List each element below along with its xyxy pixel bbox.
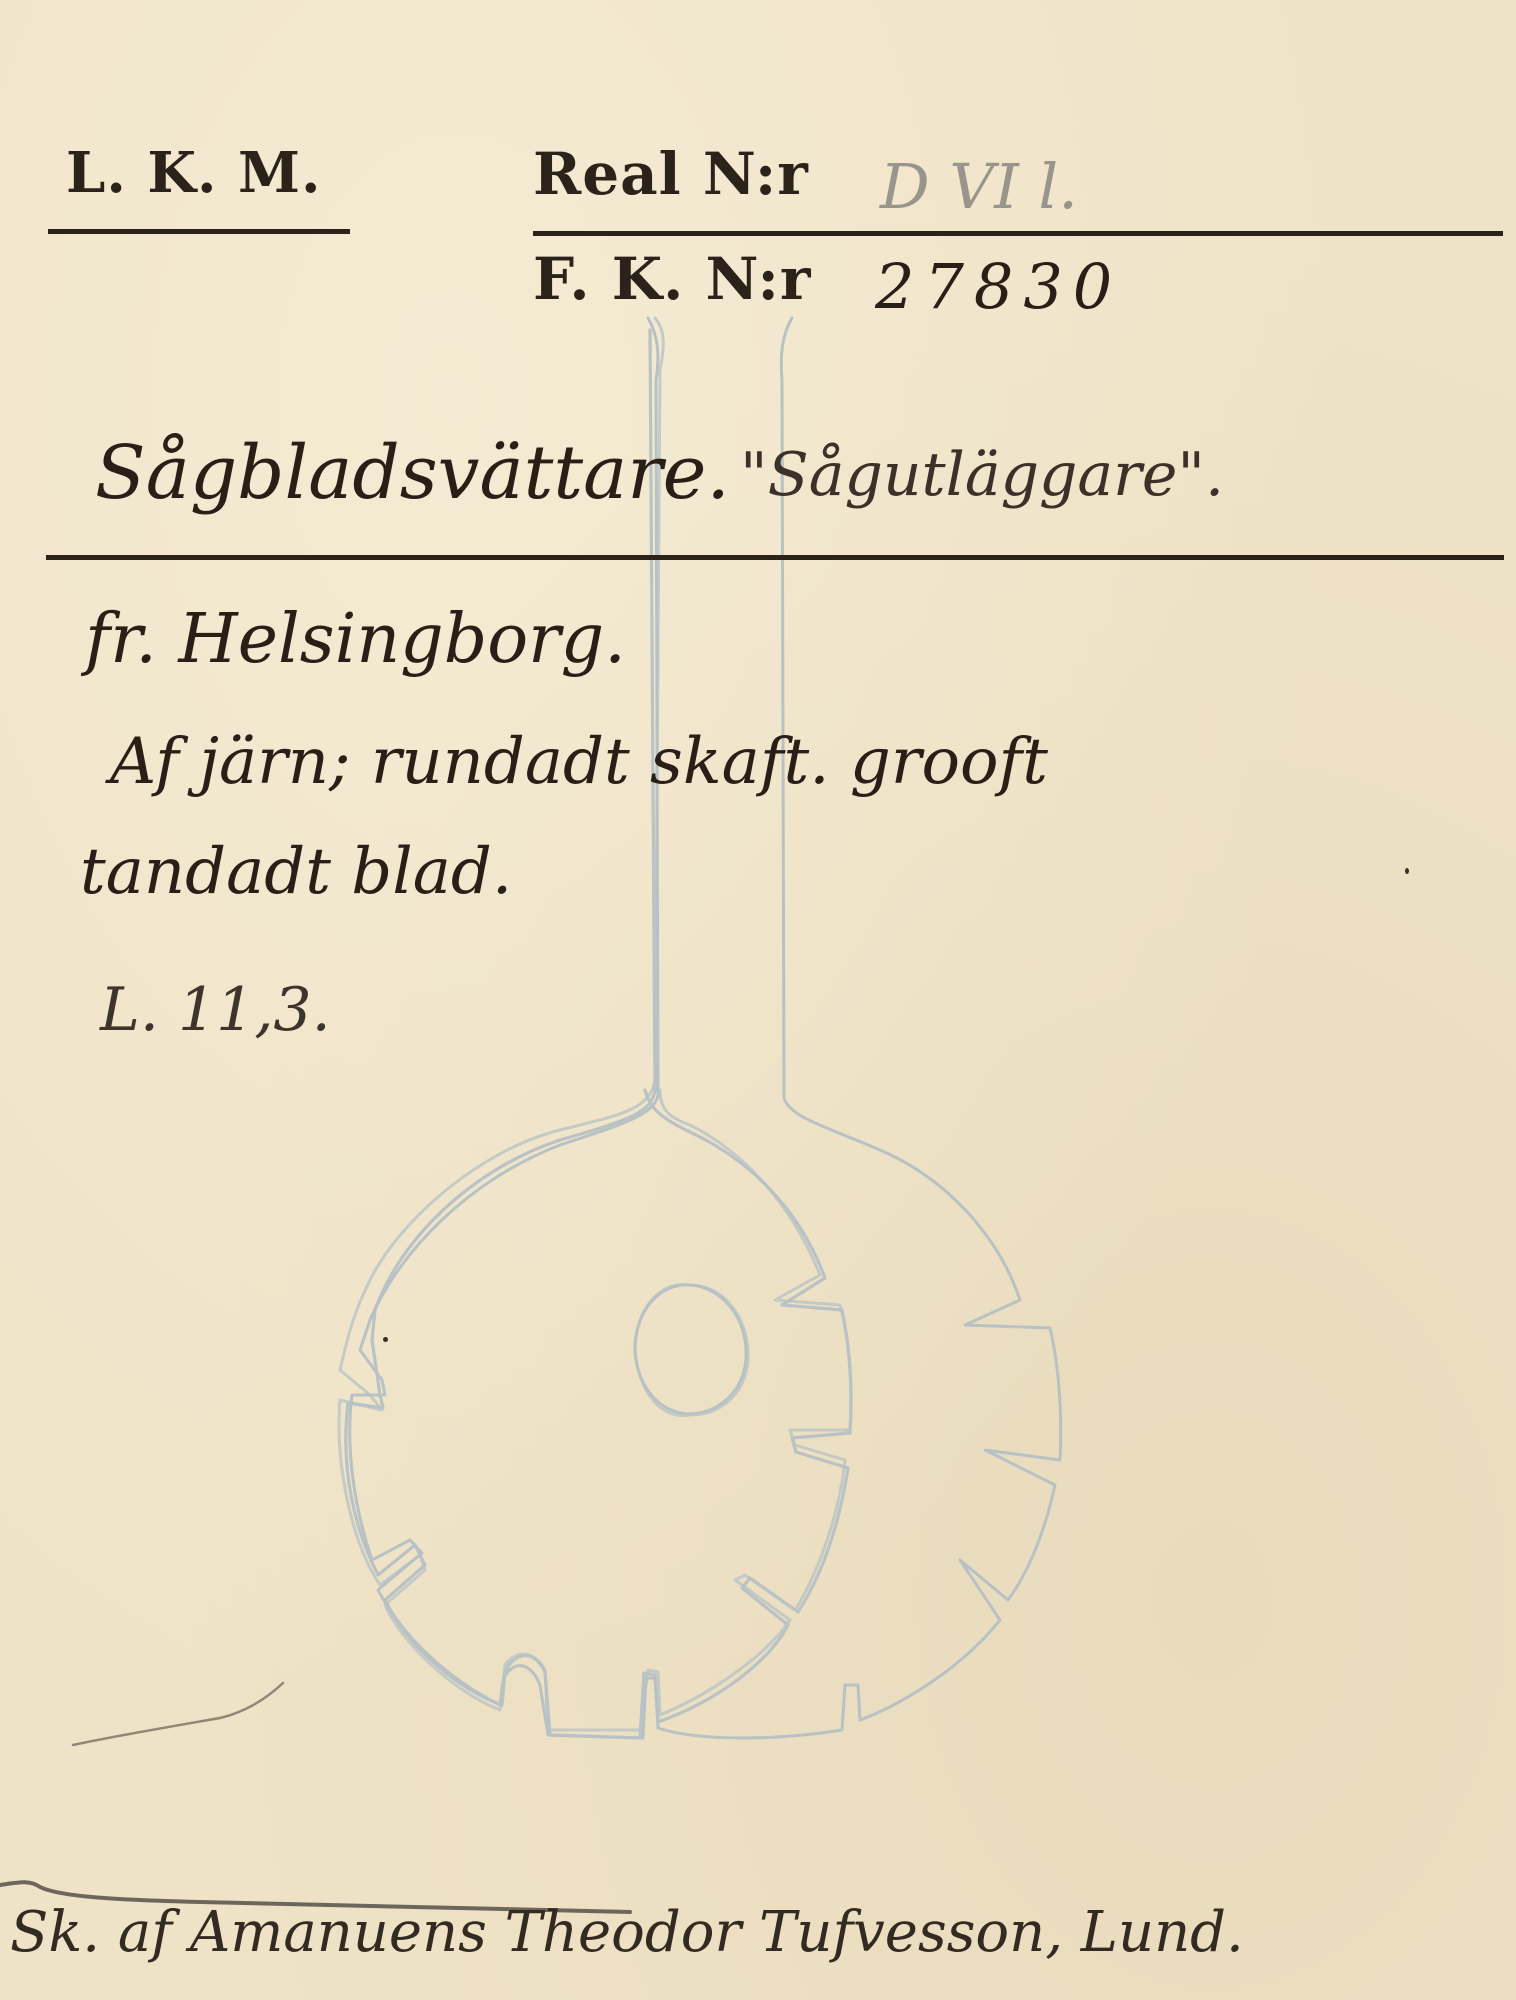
catalog-card: L. K. M. Real N:r D VI l. F. K. N:r 2783… — [0, 0, 1516, 2000]
stray-pencil-marks — [0, 0, 1516, 2000]
paper-speck — [1405, 868, 1409, 874]
paper-speck — [383, 1337, 388, 1342]
footer-note: Sk. af Amanuens Theodor Tufvesson, Lund. — [10, 1900, 1244, 1965]
